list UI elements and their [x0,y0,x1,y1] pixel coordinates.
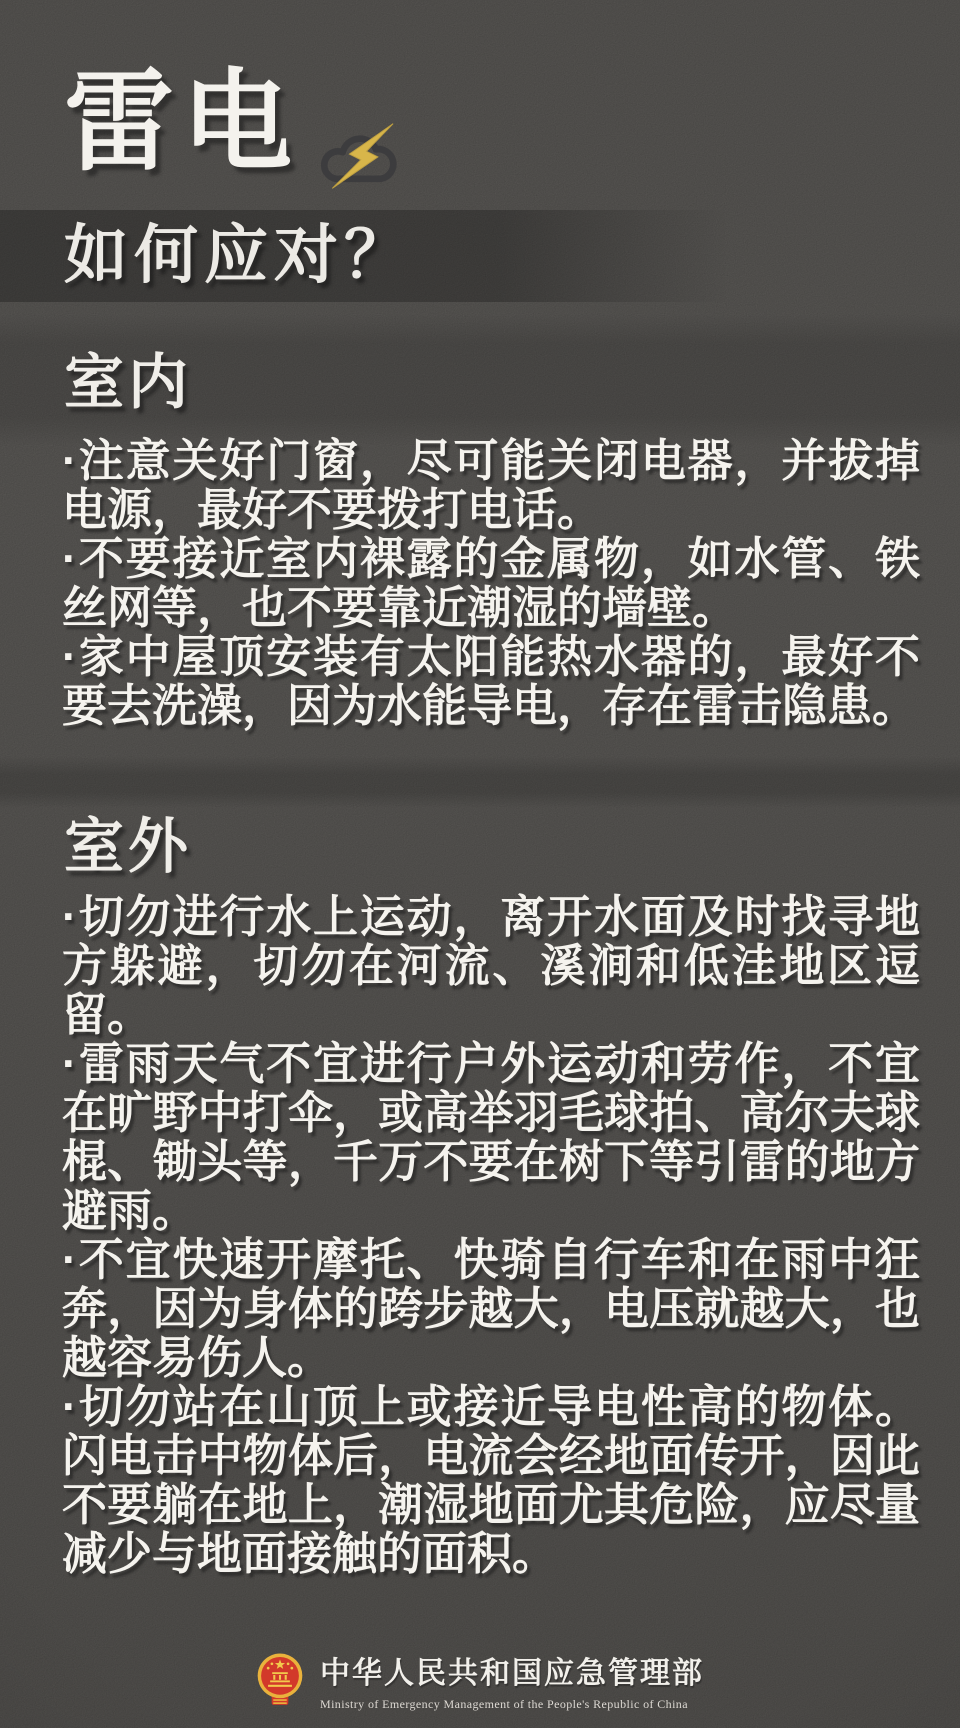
tip-item: ·不宜快速开摩托、快骑自行车和在雨中狂奔，因为身体的跨步越大，电压就越大，也越容… [62,1235,920,1382]
china-national-emblem-icon [256,1653,304,1707]
footer: 中华人民共和国应急管理部 Ministry of Emergency Manag… [0,1648,960,1712]
footer-org-name-en: Ministry of Emergency Management of the … [320,1697,704,1712]
page-title: 雷电 [64,62,300,183]
cloud-lightning-icon [306,118,408,194]
page-subtitle: 如何应对？ [64,220,414,290]
tip-item: ·切勿站在山顶上或接近导电性高的物体。闪电击中物体后，电流会经地面传开，因此不要… [62,1382,920,1578]
tip-item: ·不要接近室内裸露的金属物，如水管、铁丝网等，也不要靠近潮湿的墙壁。 [62,534,920,632]
outdoor-background-band [0,756,960,808]
section-heading-indoor: 室内 [64,350,192,416]
footer-org-name-cn: 中华人民共和国应急管理部 [320,1648,704,1692]
lightning-safety-poster: 雷电 如何应对？ 室内 ·注意关好门窗，尽可能关闭电器，并拔掉电源，最好不要拨打… [0,0,960,1728]
outdoor-tips-list: ·切勿进行水上运动，离开水面及时找寻地方躲避，切勿在河流、溪涧和低洼地区逗留。 … [62,892,920,1578]
indoor-tips-list: ·注意关好门窗，尽可能关闭电器，并拔掉电源，最好不要拨打电话。 ·不要接近室内裸… [62,436,920,730]
footer-text: 中华人民共和国应急管理部 Ministry of Emergency Manag… [320,1648,704,1712]
tip-item: ·家中屋顶安装有太阳能热水器的，最好不要去洗澡，因为水能导电，存在雷击隐患。 [62,632,920,730]
tip-item: ·雷雨天气不宜进行户外运动和劳作，不宜在旷野中打伞，或高举羽毛球拍、高尔夫球棍、… [62,1039,920,1235]
tip-item: ·注意关好门窗，尽可能关闭电器，并拔掉电源，最好不要拨打电话。 [62,436,920,534]
tip-item: ·切勿进行水上运动，离开水面及时找寻地方躲避，切勿在河流、溪涧和低洼地区逗留。 [62,892,920,1039]
section-heading-outdoor: 室外 [64,814,192,880]
